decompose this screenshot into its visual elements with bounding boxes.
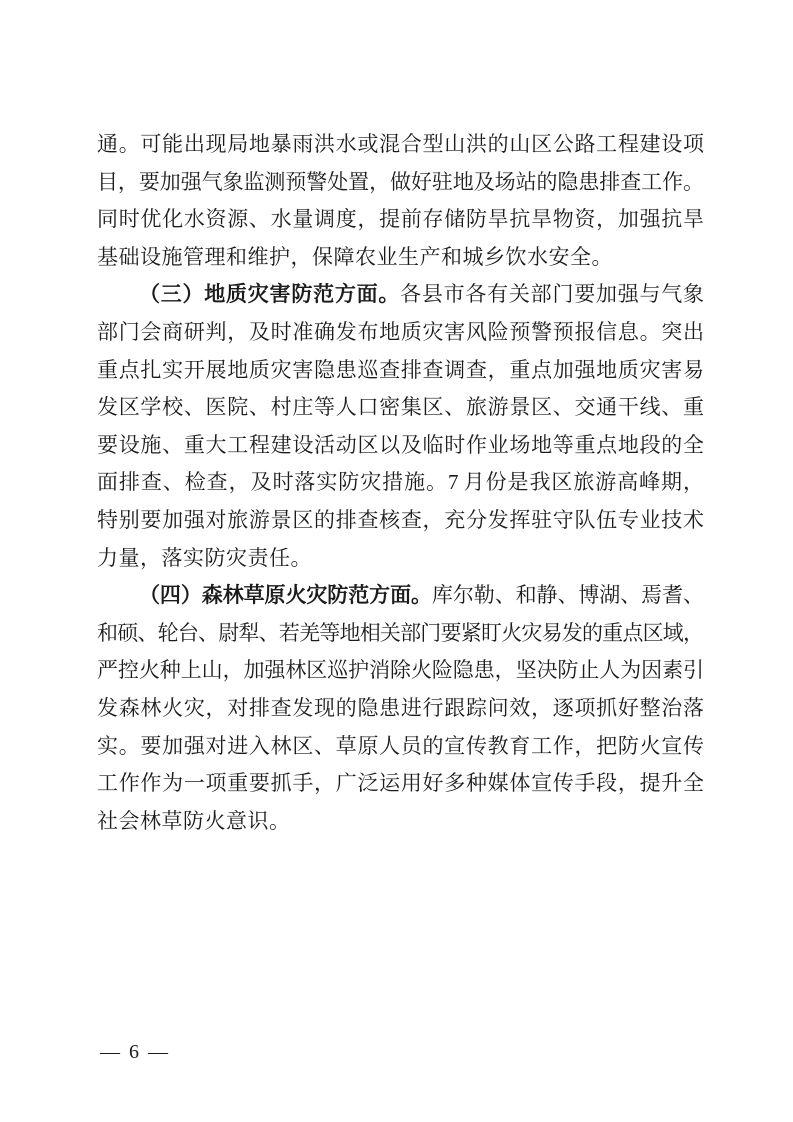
text-line: 实。要加强对进入林区、草原人员的宣传教育工作，把防火宣传 bbox=[97, 728, 703, 766]
section-forest-grassland-fire: （四）森林草原火灾防范方面。库尔勒、和静、博湖、焉耆、 和硕、轮台、尉犁、若羌等… bbox=[97, 577, 703, 840]
text-line: 发森林火灾，对排查发现的隐患进行跟踪问效，逐项抓好整治落 bbox=[97, 690, 703, 728]
text-line: 要设施、重大工程建设活动区以及临时作业场地等重点地段的全 bbox=[97, 427, 703, 465]
text-line: 社会林草防火意识。 bbox=[97, 803, 703, 841]
text-line: 力量，落实防灾责任。 bbox=[97, 540, 703, 578]
text-line: 部门会商研判，及时准确发布地质灾害风险预警预报信息。突出 bbox=[97, 314, 703, 352]
text-line: 严控火种上山，加强林区巡护消除火险隐患，坚决防止人为因素引 bbox=[97, 652, 703, 690]
text-line: 面排查、检查，及时落实防灾措施。7 月份是我区旅游高峰期， bbox=[97, 464, 703, 502]
paragraph-flood-drought-continuation: 通。可能出现局地暴雨洪水或混合型山洪的山区公路工程建设项 目，要加强气象监测预警… bbox=[97, 126, 703, 276]
section-geological-disaster: （三）地质灾害防范方面。各县市各有关部门要加强与气象 部门会商研判，及时准确发布… bbox=[97, 276, 703, 577]
text-line: 基础设施管理和维护，保障农业生产和城乡饮水安全。 bbox=[97, 239, 703, 277]
document-body: 通。可能出现局地暴雨洪水或混合型山洪的山区公路工程建设项 目，要加强气象监测预警… bbox=[97, 126, 703, 840]
text-line: 特别要加强对旅游景区的排查核查，充分发挥驻守队伍专业技术 bbox=[97, 502, 703, 540]
section-heading: （三）地质灾害防范方面。 bbox=[139, 282, 400, 306]
text-line: （三）地质灾害防范方面。各县市各有关部门要加强与气象 bbox=[97, 276, 703, 314]
text-line: 通。可能出现局地暴雨洪水或混合型山洪的山区公路工程建设项 bbox=[97, 126, 703, 164]
scanned-document-page: 通。可能出现局地暴雨洪水或混合型山洪的山区公路工程建设项 目，要加强气象监测预警… bbox=[0, 0, 793, 1122]
text-line: 工作作为一项重要抓手，广泛运用好多种媒体宣传手段，提升全 bbox=[97, 765, 703, 803]
text-line: 目，要加强气象监测预警处置，做好驻地及场站的隐患排查工作。 bbox=[97, 164, 703, 202]
text-line: 同时优化水资源、水量调度，提前存储防旱抗旱物资，加强抗旱 bbox=[97, 201, 703, 239]
page-footer: — 6 — bbox=[100, 1038, 170, 1066]
text-line: 和硕、轮台、尉犁、若羌等地相关部门要紧盯火灾易发的重点区域， bbox=[97, 615, 703, 653]
section-heading: （四）森林草原火灾防范方面。 bbox=[139, 583, 432, 607]
text-line: 重点扎实开展地质灾害隐患巡查排查调查，重点加强地质灾害易 bbox=[97, 352, 703, 390]
text-run: 库尔勒、和静、博湖、焉耆、 bbox=[432, 583, 703, 607]
text-run: 各县市各有关部门要加强与气象 bbox=[400, 282, 703, 306]
text-line: 发区学校、医院、村庄等人口密集区、旅游景区、交通干线、重 bbox=[97, 389, 703, 427]
page-number: — 6 — bbox=[100, 1041, 170, 1063]
text-line: （四）森林草原火灾防范方面。库尔勒、和静、博湖、焉耆、 bbox=[97, 577, 703, 615]
